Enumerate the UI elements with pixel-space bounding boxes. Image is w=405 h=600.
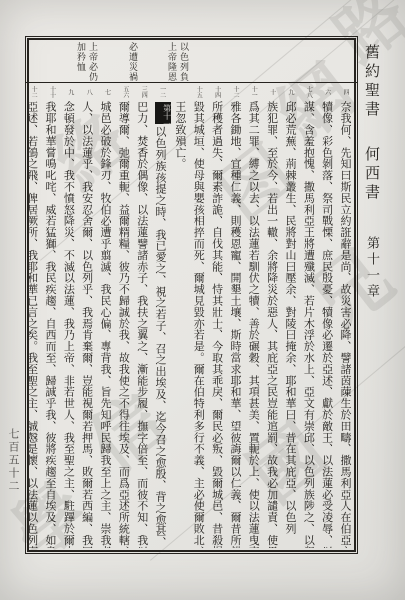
verse-number-cell: 十四 — [207, 84, 225, 100]
verse-number-cell: 十一 — [244, 84, 262, 100]
margin-chapter-title: 第十一章 — [363, 236, 382, 300]
header-divider-rule — [26, 82, 357, 83]
body-column: 王忽致殞亡。 — [171, 101, 189, 548]
body-column: 巴力、焚香於偶像、以法蓮譬諸赤子、我扶之翼之、漸能步履、撫字倍至、而彼不知、我以… — [132, 101, 150, 548]
header-note-line: 以色列負 — [178, 42, 190, 84]
verse-number-cell: 十 — [262, 84, 280, 100]
body-column: 人、以法蓮乎、我安忍舍爾、以色列乎、我焉肯棄爾、豈能視爾若押馬、敗爾若西編、我回… — [77, 101, 95, 548]
header-note-line: 上帝必仍 — [87, 42, 99, 84]
body-column: 犢像、彩色剝落、祭司戰慄、庶民殷憂、犢像必遷於亞述、獻於敵王、以法蓮必受凌辱、以… — [317, 101, 335, 548]
verse-number-cell — [171, 84, 189, 100]
page-scan-background: 路網图絡兄國信學 以色列負上帝隆恩必遭災禍上帝必仍加矜恤 四六七八九十十一十二十… — [0, 0, 405, 600]
verse-number-row: 四六七八九十十一十二十三十四十五一二三四五六七八九十十一十二 — [29, 84, 354, 100]
body-column: 邱必荒蕪、荊棘叢生、民將對山曰壓余、對陵曰掩余、耶和華曰、昔在其庇亞、以色列 — [281, 101, 299, 548]
verse-number-cell: 八 — [79, 84, 97, 100]
header-note-group: 以色列負上帝隆恩 — [166, 42, 190, 84]
chapter-heading-box: 第十一章 — [155, 102, 171, 124]
verse-number-cell: 一二 — [152, 84, 170, 100]
body-column: 爲其二罪、縛之以去、以法蓮若馴伏之犢、善於碾穀、其項甚美、置軛於上、使以法蓮曳車… — [244, 101, 262, 548]
scripture-body: 奈我何、先知曰斯民立約誑辭是尚、故災害必降、譬諸茵蔯生於田疇、撒馬利亞人在伯亞文… — [29, 101, 354, 548]
margin-section-title: 何西書 — [361, 146, 382, 203]
verse-number-cell: 三四 — [134, 84, 152, 100]
body-column: 所穫者過失、爾素詐詭、自伐其能、恃其壯士、今取其乖戾、爾民必叛、毀爾城邑、昔殺慢… — [207, 101, 225, 548]
body-column: 雅各鋤地、宜種仁義、則穫恩寵、開墾土壤、斯時當求耶和華、望彼誨爾以仁義、爾昔所耕… — [226, 101, 244, 548]
body-column: 我耶和華嘗鳴叱咤、威若猛獅、我民疾趨、自西而至、歸誠乎我、彼將疾趨至自埃及、如鳥… — [41, 101, 59, 548]
body-column: 亞述、若鴿之飛、俾居厥所、我耶和華已言之矣。我至聖之主、誠慤是懷、以法蓮以色列事… — [29, 101, 41, 548]
margin-book-title: 舊約聖書 — [361, 44, 382, 120]
verse-number-cell: 六 — [317, 84, 335, 100]
body-column: 毀其城垣、使母與嬰孩相捽而死、爾城見毀亦若是。爾在伯特利多行不義、主必使爾敗北、… — [189, 101, 207, 548]
header-note-group: 上帝必仍加矜恤 — [75, 42, 99, 84]
header-note-line: 必遭災禍 — [127, 42, 139, 84]
verse-number-cell: 五六 — [116, 84, 134, 100]
body-column: 族犯罪、至於今、若出一轍、余將降災於惡人、其庇亞之民豈能逭罰、故我必加譴責、使異… — [262, 101, 280, 548]
verse-number-cell: 七 — [97, 84, 115, 100]
body-column: 第十一章以色列族孩提之時、我已愛之、視之若子、召之出埃及、迄今召之愈殷、背之愈甚… — [151, 101, 171, 548]
page-number: 七百五十二 — [5, 428, 21, 493]
header-note-line: 上帝隆恩 — [166, 42, 178, 84]
page-frame: 以色列負上帝隆恩必遭災禍上帝必仍加矜恤 四六七八九十十一十二十三十四十五一二三四… — [25, 36, 358, 554]
body-column: 奈我何、先知曰斯民立約誑辭是尚、故災害必降、譬諸茵蔯生於田疇、撒馬利亞人在伯亞文… — [336, 101, 354, 548]
header-note-line: 加矜恤 — [75, 42, 87, 84]
body-column: 念頓發於中、我不憤怒降災、不滅以法蓮、我乃上帝、非若世人、我至聖之主、駐蹕於爾中… — [59, 101, 77, 548]
body-column: 爾導爾、弛爾重軛、益爾糈糧、彼乃不歸誠於我、故我使之不得往埃及、而爲亞述所統轄、… — [114, 101, 132, 548]
verse-number-cell: 十五 — [189, 84, 207, 100]
body-column: 謀、含羞抱愧、撒馬利亞王將遭殲滅、若片木浮於水上、亞文有崇邱、以色列族陟之、以犯… — [299, 101, 317, 548]
verse-number-cell: 四 — [336, 84, 354, 100]
verse-number-cell: 九 — [281, 84, 299, 100]
body-column: 城邑必破於鋒刃、牧伯必遭乎翦滅、我民心偏、專背我、旨先知呼民歸我至上之主、崇我者… — [96, 101, 114, 548]
verse-number-cell: 十二十三 — [226, 84, 244, 100]
verse-number-cell: 十二 — [24, 84, 42, 100]
verse-number-cell: 七八 — [299, 84, 317, 100]
verse-number-cell: 十十一 — [42, 84, 60, 100]
verse-number-cell: 九 — [61, 84, 79, 100]
header-note-group: 必遭災禍 — [127, 42, 139, 84]
